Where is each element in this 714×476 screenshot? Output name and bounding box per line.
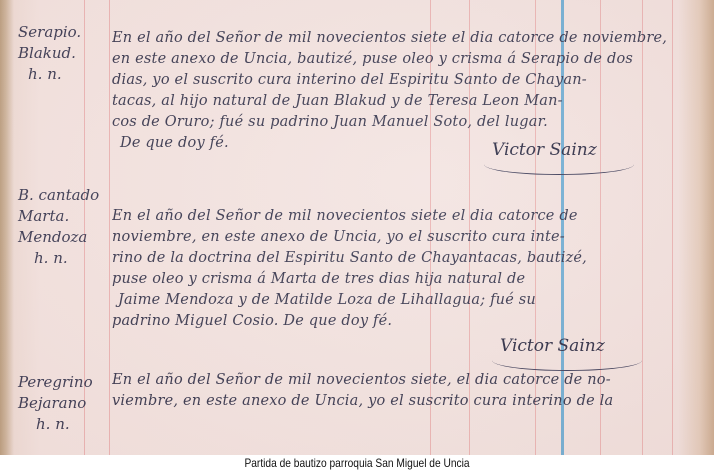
entry-3-margin-surname: Bejarano	[18, 393, 110, 414]
entry-line: tacas, al hijo natural de Juan Blakud y …	[112, 91, 692, 112]
signature-flourish	[484, 154, 634, 175]
entry-2-margin-note: B. cantado	[18, 185, 110, 206]
entry-3-margin-name: Peregrino	[18, 372, 110, 393]
entry-1-margin: Serapio. Blakud. h. n.	[18, 22, 110, 85]
entry-2-margin-name: Marta.	[18, 206, 110, 227]
entry-3-text: En el año del Señor de mil novecientos s…	[112, 370, 692, 412]
entry-line: noviembre, en este anexo de Uncia, yo el…	[112, 227, 692, 248]
entry-line: De que doy fé.	[112, 133, 692, 154]
entry-2-text: En el año del Señor de mil novecientos s…	[112, 206, 692, 332]
signature-flourish	[492, 350, 642, 371]
entry-line: dias, yo el suscrito cura interino del E…	[112, 70, 692, 91]
entry-1-signature: Victor Sainz	[492, 140, 597, 160]
entry-line: En el año del Señor de mil novecientos s…	[112, 28, 692, 49]
register-page-photo: Serapio. Blakud. h. n. En el año del Señ…	[0, 0, 714, 455]
entry-line: rino de la doctrina del Espiritu Santo d…	[112, 248, 692, 269]
entry-line: Jaime Mendoza y de Matilde Loza de Lihal…	[112, 290, 692, 311]
entry-1-text: En el año del Señor de mil novecientos s…	[112, 28, 692, 154]
entry-1-margin-surname: Blakud.	[18, 43, 110, 64]
entry-3-margin-status: h. n.	[18, 414, 110, 435]
entry-2-signature: Victor Sainz	[500, 336, 605, 356]
photo-caption: Partida de bautizo parroquia San Miguel …	[54, 456, 661, 470]
entry-line: puse oleo y crisma á Marta de tres dias …	[112, 269, 692, 290]
entry-1-margin-name: Serapio.	[18, 22, 110, 43]
entry-2-margin-status: h. n.	[18, 248, 110, 269]
entry-1-margin-status: h. n.	[18, 64, 110, 85]
entry-line: viembre, en este anexo de Uncia, yo el s…	[112, 391, 692, 412]
entry-line: cos de Oruro; fué su padrino Juan Manuel…	[112, 112, 692, 133]
entry-line: En el año del Señor de mil novecientos s…	[112, 370, 692, 391]
entry-2-margin: B. cantado Marta. Mendoza h. n.	[18, 185, 110, 269]
entry-2-margin-surname: Mendoza	[18, 227, 110, 248]
entry-line: padrino Miguel Cosio. De que doy fé.	[112, 311, 692, 332]
entry-line: En el año del Señor de mil novecientos s…	[112, 206, 692, 227]
entry-3-margin: Peregrino Bejarano h. n.	[18, 372, 110, 435]
entry-line: en este anexo de Uncia, bautizé, puse ol…	[112, 49, 692, 70]
